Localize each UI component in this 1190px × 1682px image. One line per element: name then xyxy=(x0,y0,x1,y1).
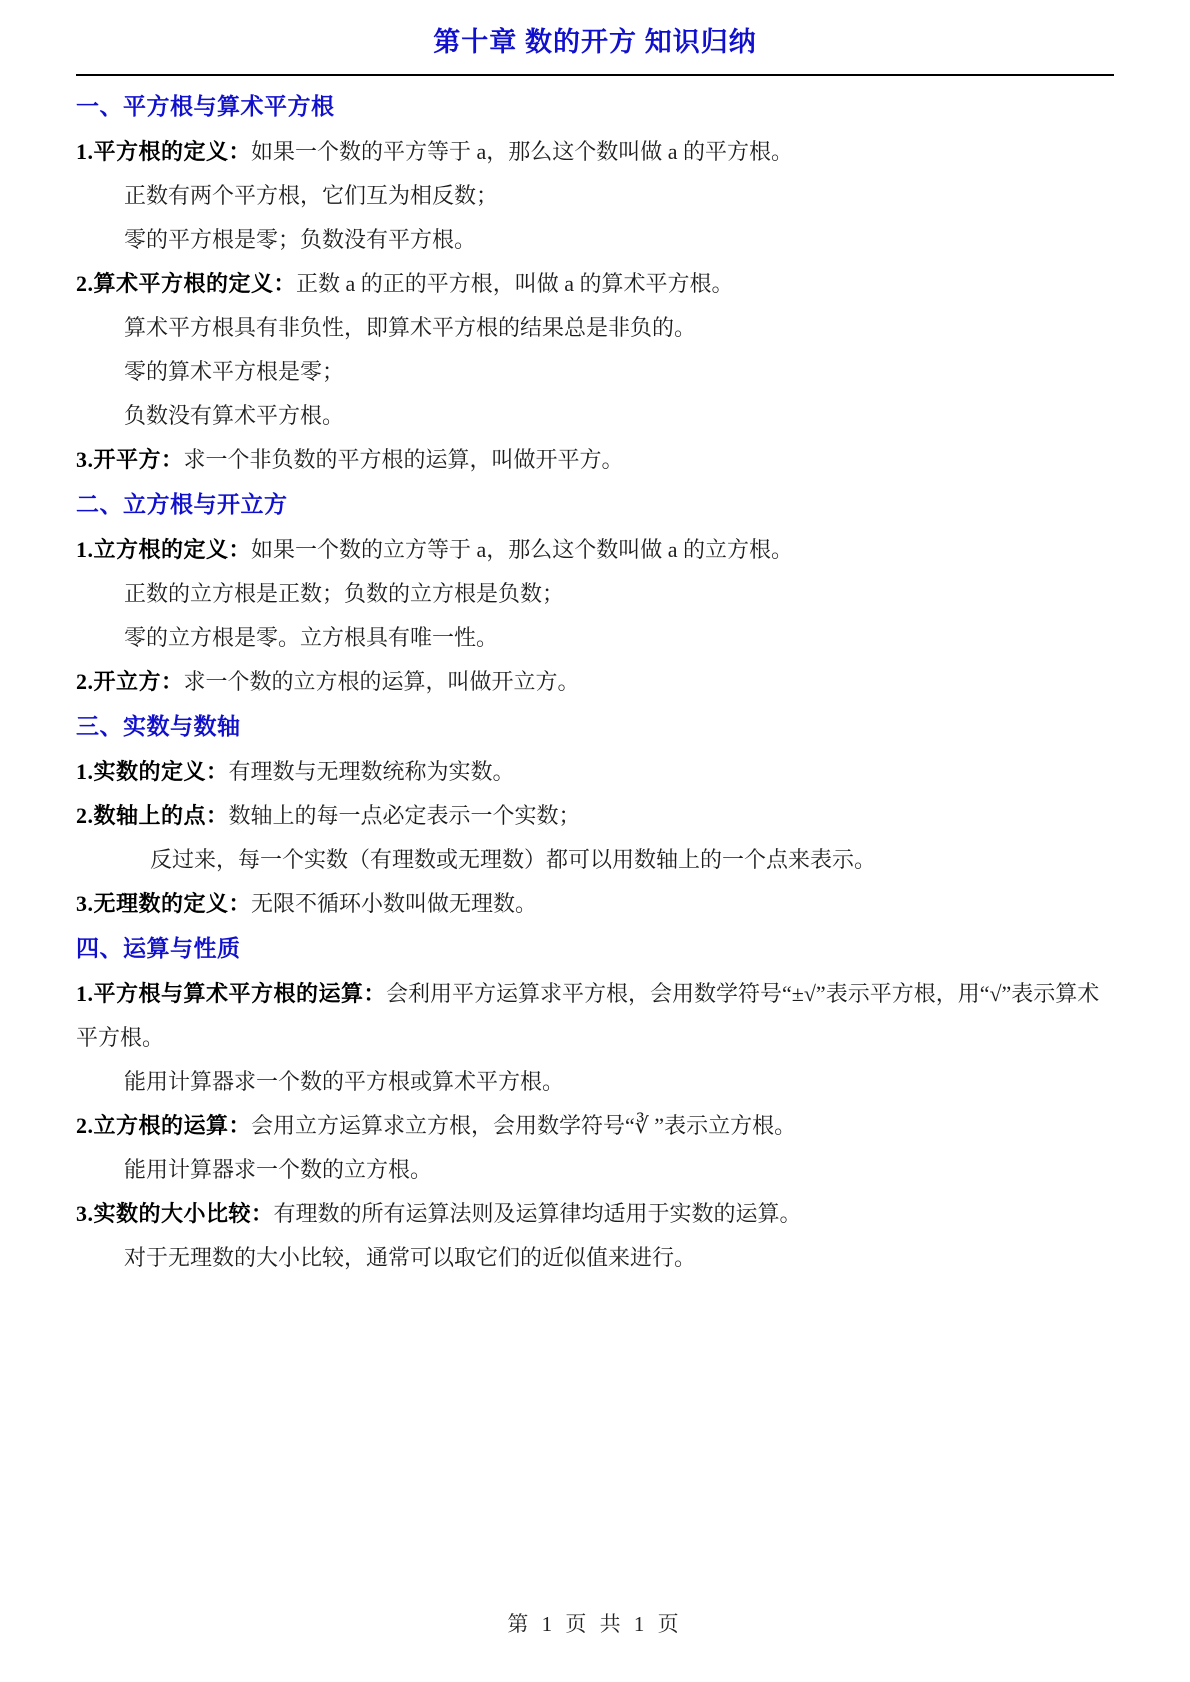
note-line: 正数的立方根是正数；负数的立方根是负数； xyxy=(76,572,1114,616)
note-line: 算术平方根具有非负性，即算术平方根的结果总是非负的。 xyxy=(76,306,1114,350)
document-page: 第十章 数的开方 知识归纳 一、平方根与算术平方根 1.平方根的定义：如果一个数… xyxy=(0,0,1190,1682)
note-line: 零的平方根是零；负数没有平方根。 xyxy=(76,218,1114,262)
definition-line: 1.平方根与算术平方根的运算：会利用平方运算求平方根，会用数学符号“±√”表示平… xyxy=(76,972,1114,1060)
term-text: 正数 a 的正的平方根，叫做 a 的算术平方根。 xyxy=(296,271,734,296)
term-text: 无限不循环小数叫做无理数。 xyxy=(251,891,537,916)
definition-line: 2.开立方：求一个数的立方根的运算，叫做开立方。 xyxy=(76,660,1114,704)
definition-line: 2.立方根的运算：会用立方运算求立方根，会用数学符号“∛ ”表示立方根。 xyxy=(76,1104,1114,1148)
term-label: 1.立方根的定义： xyxy=(76,537,251,562)
document-body: 一、平方根与算术平方根 1.平方根的定义：如果一个数的平方等于 a，那么这个数叫… xyxy=(76,76,1114,1280)
document-content: 第十章 数的开方 知识归纳 一、平方根与算术平方根 1.平方根的定义：如果一个数… xyxy=(0,0,1190,1280)
definition-line: 1.实数的定义：有理数与无理数统称为实数。 xyxy=(76,750,1114,794)
term-label: 3.开平方： xyxy=(76,447,184,472)
section-heading-2: 二、立方根与开立方 xyxy=(76,482,1114,528)
note-line: 能用计算器求一个数的平方根或算术平方根。 xyxy=(76,1060,1114,1104)
term-label: 1.平方根与算术平方根的运算： xyxy=(76,981,386,1006)
term-text: 有理数的所有运算法则及运算律均适用于实数的运算。 xyxy=(274,1201,802,1226)
term-text: 如果一个数的立方等于 a，那么这个数叫做 a 的立方根。 xyxy=(251,537,793,562)
term-text: 会用立方运算求立方根，会用数学符号“∛ ”表示立方根。 xyxy=(251,1113,796,1138)
definition-line: 2.数轴上的点：数轴上的每一点必定表示一个实数； xyxy=(76,794,1114,838)
term-label: 3.无理数的定义： xyxy=(76,891,251,916)
definition-line: 3.实数的大小比较：有理数的所有运算法则及运算律均适用于实数的运算。 xyxy=(76,1192,1114,1236)
term-label: 1.平方根的定义： xyxy=(76,139,251,164)
page-footer: 第 1 页 共 1 页 xyxy=(0,1608,1190,1638)
note-line: 零的立方根是零。立方根具有唯一性。 xyxy=(76,616,1114,660)
term-text: 如果一个数的平方等于 a，那么这个数叫做 a 的平方根。 xyxy=(251,139,793,164)
definition-line: 1.立方根的定义：如果一个数的立方等于 a，那么这个数叫做 a 的立方根。 xyxy=(76,528,1114,572)
section-heading-4: 四、运算与性质 xyxy=(76,926,1114,972)
term-label: 2.开立方： xyxy=(76,669,184,694)
page-title: 第十章 数的开方 知识归纳 xyxy=(76,22,1114,62)
term-text: 求一个数的立方根的运算，叫做开立方。 xyxy=(184,669,580,694)
definition-line: 1.平方根的定义：如果一个数的平方等于 a，那么这个数叫做 a 的平方根。 xyxy=(76,130,1114,174)
section-heading-1: 一、平方根与算术平方根 xyxy=(76,84,1114,130)
section-heading-3: 三、实数与数轴 xyxy=(76,704,1114,750)
term-text: 有理数与无理数统称为实数。 xyxy=(229,759,515,784)
note-line: 能用计算器求一个数的立方根。 xyxy=(76,1148,1114,1192)
term-label: 2.立方根的运算： xyxy=(76,1113,251,1138)
note-line: 对于无理数的大小比较，通常可以取它们的近似值来进行。 xyxy=(76,1236,1114,1280)
term-text: 数轴上的每一点必定表示一个实数； xyxy=(229,803,581,828)
definition-line: 2.算术平方根的定义：正数 a 的正的平方根，叫做 a 的算术平方根。 xyxy=(76,262,1114,306)
definition-line: 3.无理数的定义：无限不循环小数叫做无理数。 xyxy=(76,882,1114,926)
term-label: 2.数轴上的点： xyxy=(76,803,229,828)
term-label: 2.算术平方根的定义： xyxy=(76,271,296,296)
note-line: 负数没有算术平方根。 xyxy=(76,394,1114,438)
definition-line: 3.开平方：求一个非负数的平方根的运算，叫做开平方。 xyxy=(76,438,1114,482)
term-label: 3.实数的大小比较： xyxy=(76,1201,274,1226)
term-label: 1.实数的定义： xyxy=(76,759,229,784)
note-line: 正数有两个平方根，它们互为相反数； xyxy=(76,174,1114,218)
note-line: 反过来，每一个实数（有理数或无理数）都可以用数轴上的一个点来表示。 xyxy=(76,838,1114,882)
term-text: 求一个非负数的平方根的运算，叫做开平方。 xyxy=(184,447,624,472)
note-line: 零的算术平方根是零； xyxy=(76,350,1114,394)
